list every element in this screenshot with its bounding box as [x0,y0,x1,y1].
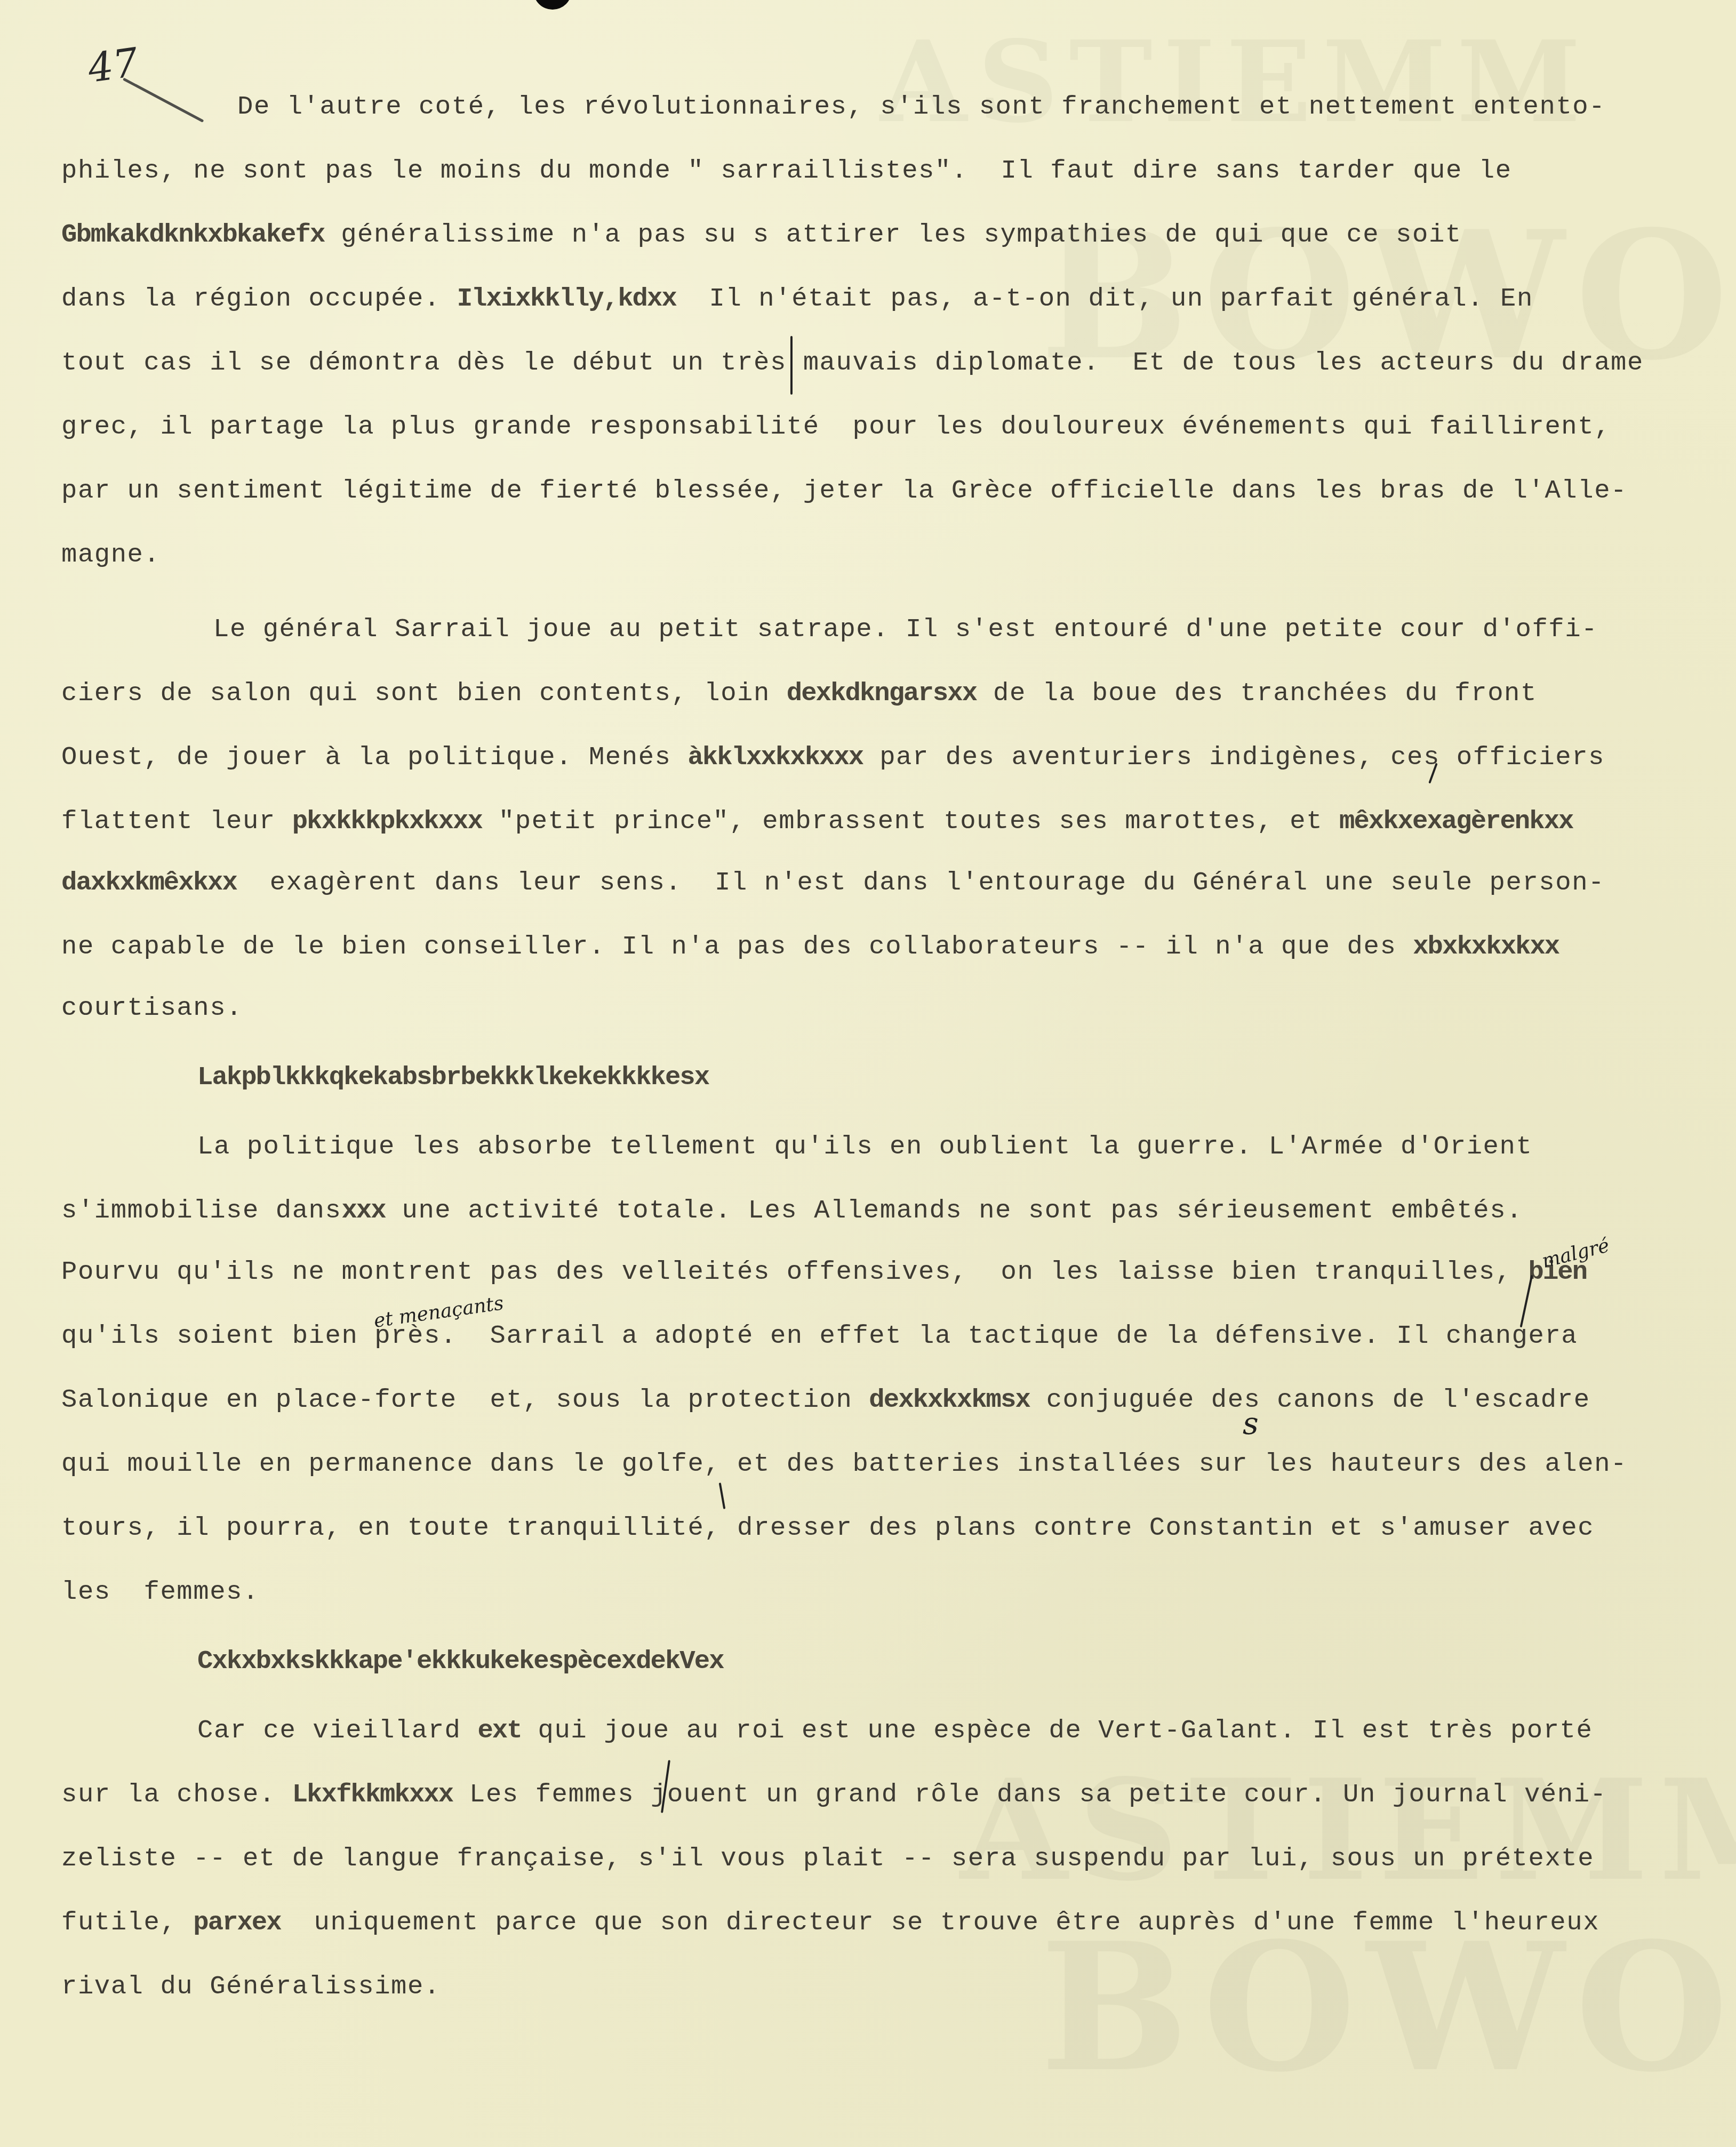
text-segment: par des aventuriers indigènes, ces offic… [863,742,1605,772]
text-segment: exagèrent dans leur sens. Il n'est dans … [237,868,1605,898]
text-segment: futile, [61,1908,193,1937]
text-line: Car ce vieillard ext qui joue au roi est… [197,1715,1593,1747]
text-line: dans la région occupée. Ilxixkklly,kdxx … [61,283,1533,315]
text-segment: De l'autre coté, les révolutionnaires, s… [237,92,1605,122]
text-line: rival du Généralissime. [61,1970,441,2002]
text-line: par un sentiment légitime de fierté bles… [61,475,1627,507]
text-line: Gbmkakdknkxbkakefx généralissime n'a pas… [61,219,1462,251]
text-line: futile, parxex uniquement parce que son … [61,1906,1599,1938]
text-line: sur la chose. Lkxfkkmkxxx Les femmes jou… [61,1779,1606,1810]
text-line: les femmes. [61,1576,259,1608]
text-line: qui mouille en permanence dans le golfe,… [61,1448,1627,1480]
text-segment: grec, il partage la plus grande responsa… [61,412,1611,442]
struck-out-text: dexkdkngarsxx [787,678,977,708]
text-line: courtisans. [61,992,243,1024]
text-segment: Car ce vieillard [197,1716,477,1745]
text-segment: les femmes. [61,1577,259,1607]
text-segment: philes, ne sont pas le moins du monde " … [61,156,1512,186]
insertion-mark [790,336,793,395]
text-line: Ouest, de jouer à la politique. Menés àk… [61,741,1605,773]
text-line: ciers de salon qui sont bien contents, l… [61,677,1537,709]
text-segment: zeliste -- et de langue française, s'il … [61,1844,1594,1873]
text-segment: sur la chose. [61,1780,292,1809]
text-segment: tours, il pourra, en toute tranquillité,… [61,1513,1594,1543]
struck-out-text: mêxkxexagèrenkxx [1339,806,1573,836]
struck-out-text: parxex [193,1908,281,1937]
text-line: Pourvu qu'ils ne montrent pas des vellei… [61,1256,1587,1288]
text-line: magne. [61,539,160,571]
text-segment: courtisans. [61,993,243,1023]
struck-out-text: ext [477,1716,521,1745]
handwritten-insertion-s: s [1243,1405,1259,1441]
text-line: qu'ils soient bien près. Sarrail a adopt… [61,1320,1578,1352]
text-segment: Salonique en place-forte et, sous la pro… [61,1385,869,1415]
text-segment: rival du Généralissime. [61,1972,441,2001]
text-segment: Il n'était pas, a-t-on dit, un parfait g… [676,284,1533,314]
text-segment: qu'ils soient bien près. Sarrail a adopt… [61,1321,1578,1351]
text-segment: qui joue au roi est une espèce de Vert-G… [522,1716,1593,1745]
struck-out-text: pkxkkkpkxkxxx [292,806,482,836]
text-segment: Pourvu qu'ils ne montrent pas des vellei… [61,1257,1529,1287]
text-segment: qui mouille en permanence dans le golfe,… [61,1449,1627,1479]
struck-out-text: Lakpblkkkqkekabsbrbekkklkekekkkkesx [197,1062,709,1092]
text-segment: Les femmes jouent un grand rôle dans sa … [453,1780,1606,1809]
text-segment: dans la région occupée. [61,284,457,314]
text-line: ne capable de le bien conseiller. Il n'a… [61,931,1559,963]
text-line: Lakpblkkkqkekabsbrbekkklkekekkkkesx [197,1061,709,1093]
text-segment: flattent leur [61,806,292,836]
struck-out-text: xbxkxkxkxx [1413,932,1559,962]
struck-out-text: Ilxixkklly,kdxx [457,284,676,314]
struck-out-text: daxkxkmêxkxx [61,868,237,898]
text-segment: une activité totale. Les Allemands ne so… [386,1196,1523,1225]
text-line: grec, il partage la plus grande responsa… [61,411,1611,443]
text-line: Salonique en place-forte et, sous la pro… [61,1384,1590,1416]
struck-out-text: xxx [341,1196,385,1225]
text-segment: ne capable de le bien conseiller. Il n'a… [61,932,1413,962]
text-line: tout cas il se démontra dès le début un … [61,347,1644,379]
text-segment: par un sentiment légitime de fierté bles… [61,476,1627,506]
text-segment: Ouest, de jouer à la politique. Menés [61,742,687,772]
text-segment: ciers de salon qui sont bien contents, l… [61,678,787,708]
text-line: tours, il pourra, en toute tranquillité,… [61,1512,1594,1544]
text-segment: "petit prince", embrassent toutes ses ma… [482,806,1339,836]
struck-out-text: Gbmkakdknkxbkakefx [61,220,324,250]
text-segment: Le général Sarrail joue au petit satrape… [213,614,1598,644]
struck-out-text: àkklxxkxkxxx [687,742,863,772]
text-segment: généralissime n'a pas su s attirer les s… [324,220,1461,250]
struck-out-text: Cxkxbxkskkkape'ekkkukekespècexdekVex [197,1646,724,1676]
text-segment: tout cas il se démontra dès le début un … [61,348,1644,378]
text-line: philes, ne sont pas le moins du monde " … [61,155,1512,187]
text-segment: La politique les absorbe tellement qu'il… [197,1132,1532,1161]
struck-out-text: dexkxkxkmsx [869,1385,1029,1415]
text-line: flattent leur pkxkkkpkxkxxx "petit princ… [61,805,1573,837]
text-line: daxkxkmêxkxx exagèrent dans leur sens. I… [61,867,1605,899]
text-segment: uniquement parce que son directeur se tr… [281,1908,1599,1937]
text-line: Le général Sarrail joue au petit satrape… [213,613,1598,645]
text-line: Cxkxbxkskkkape'ekkkukekespècexdekVex [197,1645,724,1677]
text-segment: conjuguée des canons de l'escadre [1030,1385,1590,1415]
text-segment: s'immobilise dans [61,1196,341,1225]
text-line: De l'autre coté, les révolutionnaires, s… [237,91,1605,123]
text-line: zeliste -- et de langue française, s'il … [61,1842,1594,1874]
text-line: La politique les absorbe tellement qu'il… [197,1131,1532,1163]
text-segment: magne. [61,540,160,570]
struck-out-text: Lkxfkkmkxxx [292,1780,453,1809]
text-line: s'immobilise dansxxx une activité totale… [61,1195,1523,1227]
text-segment: de la boue des tranchées du front [977,678,1537,708]
